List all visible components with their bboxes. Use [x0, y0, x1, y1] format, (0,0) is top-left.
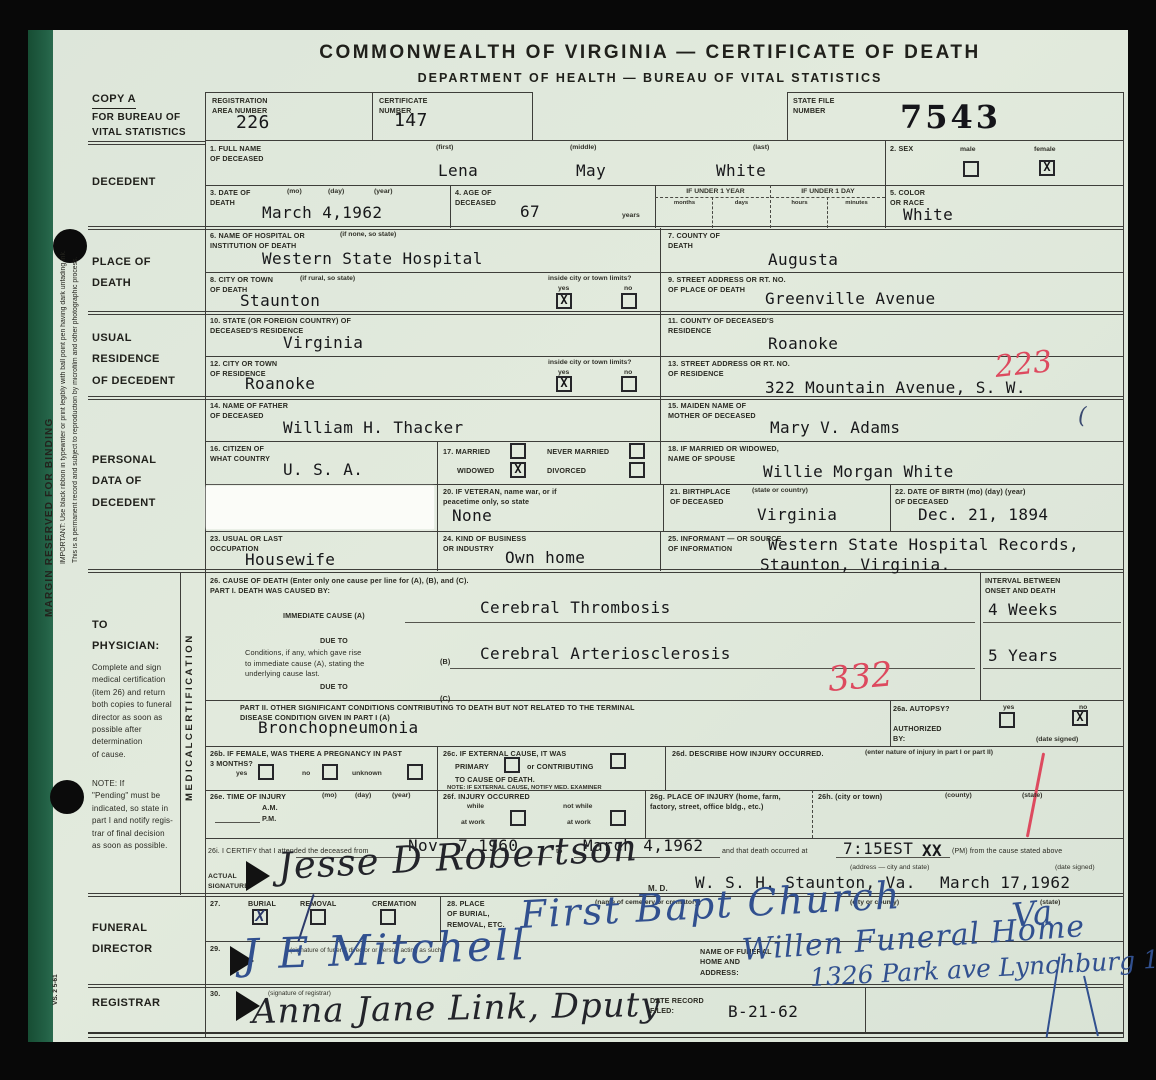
state-file-number-value: 7543 [900, 98, 1001, 136]
while-label: while [467, 803, 484, 810]
time-of-death-value: 7:15EST [843, 839, 913, 858]
interval-a-value: 4 Weeks [988, 600, 1058, 619]
father-value: William H. Thacker [283, 418, 464, 437]
pregnancy-unknown-checkbox [407, 764, 423, 780]
divider [405, 622, 975, 623]
part-2-value: Bronchopneumonia [258, 718, 419, 737]
spouse-value: Willie Morgan White [763, 462, 954, 481]
section-label-place-of-death: PLACE OF DEATH [92, 252, 151, 295]
sex-female-label: female [1034, 146, 1056, 153]
margin-binding-text: MARGIN RESERVED FOR BINDING [44, 420, 55, 615]
divorced-checkbox [629, 462, 645, 478]
punch-hole [50, 780, 84, 814]
occupation-value: Housewife [245, 550, 335, 569]
pregnancy-no-checkbox [322, 764, 338, 780]
divider [665, 746, 666, 790]
days-label: days [714, 200, 769, 206]
red-annotation-332: 332 [826, 654, 894, 700]
date-signed-hint: (date signed) [1036, 736, 1078, 743]
citizen-value: U. S. A. [283, 460, 363, 479]
registrar-signature: Anna Jane Link, Dputy [252, 985, 661, 1032]
divider [88, 569, 1123, 573]
to-cause-of-death-label: TO CAUSE OF DEATH. [455, 775, 535, 785]
injury-state-hint: (state) [1022, 792, 1042, 799]
physician-date-signed-value: March 17,1962 [940, 873, 1070, 892]
limits-question-label: inside city or town limits? [548, 359, 631, 366]
city-residence-value: Roanoke [245, 374, 315, 393]
county-of-death-value: Augusta [768, 250, 838, 269]
cause-b-tag: (B) [440, 657, 450, 667]
first-name-value: Lena [438, 161, 478, 180]
divider [890, 700, 891, 746]
removal-checkbox [310, 909, 326, 925]
color-or-race-value: White [903, 205, 953, 224]
divider [437, 484, 438, 571]
autopsy-yes-label: yes [1003, 704, 1014, 711]
years-unit-label: years [622, 212, 640, 219]
pm-from-cause-statement: (PM) from the cause stated above [952, 847, 1062, 857]
pen-mark: ( [1078, 404, 1087, 429]
limits-yes-label: yes [558, 369, 569, 376]
divider [205, 92, 532, 93]
divider [885, 140, 886, 228]
date-record-filed-label: DATE RECORD FILED: [650, 996, 704, 1017]
marital-divorced-label: DIVORCED [547, 466, 586, 476]
copy-a-sublabel: FOR BUREAU OF VITAL STATISTICS [92, 110, 186, 140]
margin-important-line1: IMPORTANT: Use black ribbon in typewrite… [60, 110, 67, 705]
field-birthplace-label: 21. BIRTHPLACE OF DECEASED [670, 487, 730, 508]
limits-yes-checkbox: X [556, 376, 572, 392]
divider [205, 441, 1123, 442]
sex-female-checkbox: X [1039, 160, 1055, 176]
autopsy-no-checkbox: X [1072, 710, 1088, 726]
field-informant-label: 25. INFORMANT — OR SOURCE OF INFORMATION [668, 534, 782, 555]
primary-label: PRIMARY [455, 762, 489, 772]
divider [655, 185, 656, 228]
field-age-label: 4. AGE OF DECEASED [455, 188, 496, 209]
field-county-residence-label: 11. COUNTY OF DECEASED'S RESIDENCE [668, 316, 774, 337]
months-label: months [657, 200, 712, 206]
year-hint: (year) [392, 792, 411, 799]
hospital-hint: (if none, so state) [340, 231, 396, 238]
field-sex-label: 2. SEX [890, 144, 913, 154]
married-checkbox [510, 443, 526, 459]
cause-b-value: Cerebral Arteriosclerosis [480, 644, 731, 663]
marital-married-label: 17. MARRIED [443, 447, 490, 457]
divider [812, 790, 813, 838]
section-label-funeral-director: FUNERAL DIRECTOR [92, 918, 152, 961]
divider [205, 531, 1123, 532]
registration-area-number-value: 226 [236, 112, 270, 133]
divider [88, 311, 1123, 315]
middle-name-hint: (middle) [570, 144, 596, 151]
section-label-usual-residence: USUAL RESIDENCE OF DECEDENT [92, 328, 175, 392]
limits-yes-checkbox: X [556, 293, 572, 309]
never-married-checkbox [629, 443, 645, 459]
removal-label: REMOVAL [300, 899, 336, 909]
divider [770, 185, 771, 228]
certificate-title: COMMONWEALTH OF VIRGINIA — CERTIFICATE O… [230, 42, 1070, 65]
pregnancy-yes-checkbox [258, 764, 274, 780]
item-29-number: 29. [210, 944, 220, 954]
injury-county-hint: (county) [945, 792, 972, 799]
margin-important-line2: This is a permanent record and subject t… [72, 130, 79, 690]
date-of-birth-value: Dec. 21, 1894 [918, 505, 1048, 524]
contributing-checkbox [610, 753, 626, 769]
primary-checkbox [504, 757, 520, 773]
divider [645, 790, 646, 838]
widowed-checkbox: X [510, 462, 526, 478]
divider [205, 272, 1123, 273]
divider [983, 622, 1121, 623]
marital-widowed-label: WIDOWED [457, 466, 494, 476]
marital-never-married-label: NEVER MARRIED [547, 447, 609, 457]
interval-b-value: 5 Years [988, 646, 1058, 665]
divider [450, 185, 451, 228]
hospital-value: Western State Hospital [262, 249, 483, 268]
copy-a-label: COPY A [92, 93, 136, 109]
street-residence-value: 322 Mountain Avenue, S. W. [765, 378, 1026, 397]
state-residence-value: Virginia [283, 333, 363, 352]
due-to-label: DUE TO [320, 682, 348, 692]
pregnancy-unknown-label: unknown [352, 770, 382, 777]
divider [215, 822, 260, 823]
sex-male-checkbox [963, 161, 979, 177]
divider [660, 531, 661, 571]
field-veteran-label: 20. IF VETERAN, name war, or if peacetim… [443, 487, 557, 508]
divider [205, 700, 1123, 701]
external-cause-note: NOTE: IF EXTERNAL CAUSE, NOTIFY MED. EXA… [447, 785, 602, 791]
cremation-checkbox [380, 909, 396, 925]
certificate-number-value: 147 [394, 110, 428, 131]
limits-question-label: inside city or town limits? [548, 275, 631, 282]
actual-signature-label: ACTUAL SIGNATURE [208, 872, 249, 892]
birthplace-hint: (state or country) [752, 487, 808, 494]
divider [983, 668, 1121, 669]
pregnancy-label: 26b. IF FEMALE, WAS THERE A PREGNANCY IN… [210, 749, 402, 770]
divider [836, 857, 950, 858]
mo-hint: (mo) [322, 792, 337, 799]
time-of-injury-label: 26e. TIME OF INJURY [210, 792, 286, 802]
divider [660, 228, 661, 484]
field-cause-of-death-label: 26. CAUSE OF DEATH (Enter only one cause… [210, 576, 469, 597]
injury-nature-hint: (enter nature of injury in part I or par… [865, 749, 993, 756]
limits-no-label: no [624, 285, 632, 292]
describe-injury-label: 26d. DESCRIBE HOW INJURY OCCURRED. [672, 749, 824, 759]
veteran-value: None [452, 506, 492, 525]
immediate-cause-label: IMMEDIATE CAUSE (A) [283, 611, 365, 621]
injury-city-label: 26h. (city or town) [818, 792, 882, 802]
city-of-death-value: Staunton [240, 291, 320, 310]
informant-value-line2: Staunton, Virginia. [760, 555, 951, 574]
while-at-work-checkbox [510, 810, 526, 826]
minutes-label: minutes [829, 200, 884, 206]
pregnancy-no-label: no [302, 770, 310, 777]
pending-note: NOTE: If "Pending" must be indicated, so… [92, 778, 173, 852]
divider [205, 790, 1123, 791]
date-of-death-value: March 4,1962 [262, 203, 382, 222]
divider [205, 746, 1123, 747]
if-under-1-year-label: IF UNDER 1 YEAR [663, 188, 768, 195]
divider [827, 197, 828, 228]
at-work-label: at work [461, 819, 485, 826]
date-signed-hint: (date signed) [1055, 864, 1095, 871]
scanned-death-certificate: COMMONWEALTH OF VIRGINIA — CERTIFICATE O… [0, 0, 1156, 1080]
limits-yes-label: yes [558, 285, 569, 292]
field-citizen-label: 16. CITIZEN OF WHAT COUNTRY [210, 444, 270, 465]
year-hint: (year) [374, 188, 393, 195]
not-while-at-work-checkbox [610, 810, 626, 826]
divider [437, 746, 438, 838]
at-work-label: at work [567, 819, 591, 826]
divider [372, 92, 373, 140]
section-label-decedent: DECEDENT [92, 172, 156, 193]
county-residence-value: Roanoke [768, 334, 838, 353]
if-under-1-day-label: IF UNDER 1 DAY [773, 188, 883, 195]
item-30-number: 30. [210, 989, 220, 999]
last-name-hint: (last) [753, 144, 769, 151]
cremation-label: CREMATION [372, 899, 416, 909]
limits-no-label: no [624, 369, 632, 376]
birthplace-value: Virginia [757, 505, 837, 524]
section-label-registrar: REGISTRAR [92, 993, 160, 1014]
cause-a-value: Cerebral Thrombosis [480, 598, 671, 617]
section-label-to-physician: TO PHYSICIAN: [92, 615, 160, 658]
limits-no-checkbox [621, 376, 637, 392]
form-code: VS. 2 5-61 [52, 955, 59, 1025]
am-label: A.M. [262, 803, 278, 813]
first-name-hint: (first) [436, 144, 453, 151]
field-full-name-label: 1. FULL NAME OF DECEASED [210, 144, 264, 165]
hours-label: hours [772, 200, 827, 206]
field-street-residence-label: 13. STREET ADDRESS OR RT. NO. OF RESIDEN… [668, 359, 790, 380]
item-27-number: 27. [210, 899, 220, 909]
place-of-injury-label: 26g. PLACE OF INJURY (home, farm, factor… [650, 792, 781, 813]
pm-label: P.M. [262, 814, 276, 824]
autopsy-label: 26a. AUTOPSY? [893, 704, 950, 714]
divider [437, 441, 438, 484]
middle-name-value: May [576, 161, 606, 180]
field-date-of-death-label: 3. DATE OF DEATH [210, 188, 251, 209]
divider [532, 92, 533, 140]
physician-instructions: Complete and sign medical certification … [92, 662, 172, 761]
informant-value-line1: Western State Hospital Records, [768, 535, 1079, 554]
divider [890, 484, 891, 531]
age-value: 67 [520, 202, 540, 221]
divider [450, 668, 975, 669]
city-of-death-hint: (if rural, so state) [300, 275, 355, 282]
due-to-label: DUE TO [320, 636, 348, 646]
divider [712, 197, 713, 228]
field-county-of-death-label: 7. COUNTY OF DEATH [668, 231, 720, 252]
field-mother-label: 15. MAIDEN NAME OF MOTHER OF DECEASED [668, 401, 756, 422]
mother-value: Mary V. Adams [770, 418, 900, 437]
redaction-box [206, 486, 434, 529]
divider [205, 140, 1123, 141]
date-record-filed-value: B-21-62 [728, 1002, 798, 1021]
burial-checkbox: X [252, 909, 268, 925]
autopsy-yes-checkbox [999, 712, 1015, 728]
limits-no-checkbox [621, 293, 637, 309]
conditions-note: Conditions, if any, which gave rise to i… [245, 648, 364, 680]
divider [205, 185, 1123, 186]
divider [655, 197, 885, 198]
last-name-value: White [716, 161, 766, 180]
divider [180, 573, 181, 895]
address-hint: (address — city and state) [850, 864, 929, 871]
business-value: Own home [505, 548, 585, 567]
street-of-death-value: Greenville Avenue [765, 289, 936, 308]
divider [88, 1032, 1123, 1038]
not-while-label: not while [563, 803, 592, 810]
divider [980, 573, 981, 700]
authorized-by-label: AUTHORIZED BY: [893, 724, 942, 745]
section-label-personal-data: PERSONAL DATA OF DECEDENT [92, 450, 156, 514]
state-file-number-label: STATE FILE NUMBER [793, 96, 835, 117]
day-hint: (day) [355, 792, 371, 799]
sex-male-label: male [960, 146, 976, 153]
divider [88, 141, 205, 145]
funeral-director-signature: J E Mitchell [241, 920, 528, 979]
pregnancy-yes-label: yes [236, 770, 247, 777]
signature-pointer-triangle [246, 861, 270, 891]
divider [865, 988, 866, 1032]
field-father-label: 14. NAME OF FATHER OF DECEASED [210, 401, 288, 422]
medical-certification-vertical-label: M E D I C A L C E R T I F I C A T I O N [184, 598, 195, 838]
punch-hole [53, 229, 87, 263]
divider [205, 484, 1123, 485]
certificate-subtitle: DEPARTMENT OF HEALTH — BUREAU OF VITAL S… [230, 71, 1070, 86]
mo-hint: (mo) [287, 188, 302, 195]
death-occurred-statement: and that death occurred at [722, 847, 808, 857]
divider [88, 226, 1123, 230]
divider [787, 92, 1123, 93]
divider [1123, 92, 1124, 1038]
day-hint: (day) [328, 188, 344, 195]
contributing-label: or CONTRIBUTING [527, 762, 594, 772]
divider [787, 92, 788, 140]
divider [663, 484, 664, 531]
interval-header: INTERVAL BETWEEN ONSET AND DEATH [985, 576, 1060, 597]
injury-occurred-label: 26f. INJURY OCCURRED [443, 792, 530, 802]
divider [205, 356, 1123, 357]
